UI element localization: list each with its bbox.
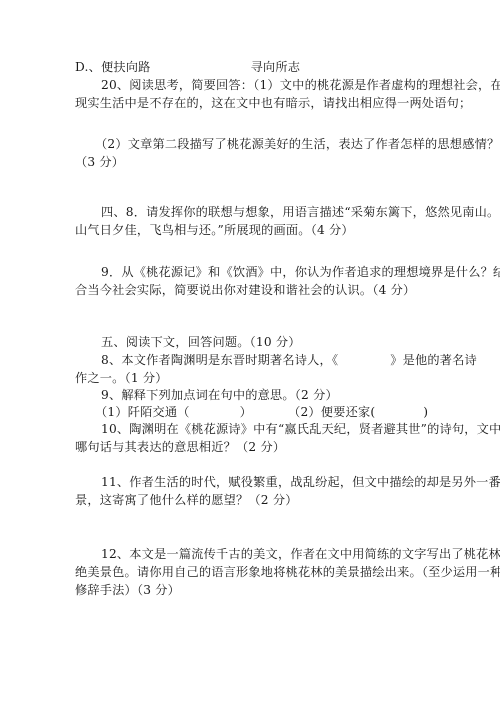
- q10-line2: 哪句话与其表达的意思相近？（2 分）: [75, 438, 285, 456]
- q9-item1: （1）阡陌交通（: [95, 405, 190, 419]
- q9-item2: （2）便要还家(: [288, 405, 375, 419]
- section5-heading: 五、阅读下文，回答问题。（10 分）: [75, 333, 301, 351]
- q4-8-line1: 四、8．请发挥你的联想与想象，用语言描述“采菊东篱下，悠然见南山。: [75, 203, 499, 221]
- q20-2-line2: （3 分）: [75, 153, 124, 171]
- q20-line2: 现实生活中是不存在的，这在文中也有暗示，请找出相应得一两处语句；: [75, 94, 471, 112]
- q9-item1-close: ）: [240, 405, 252, 419]
- q9-line: 9、解释下列加点词在句中的意思。（2 分）: [75, 386, 338, 404]
- q9a-line2: 合当今社会实际，简要说出你对建设和谐社会的认识。（4 分）: [75, 281, 415, 299]
- q20-line1: 20、阅读思考，简要回答：（1）文中的桃花源是作者虚构的理想社会，在: [75, 76, 500, 94]
- option-d-label: D.、便扶向路: [75, 60, 151, 74]
- q20-2-line1: （2）文章第二段描写了桃花源美好的生活，表达了作者怎样的思想感情？: [75, 135, 499, 153]
- q8-line2: 作之一。（1 分）: [75, 369, 168, 387]
- q9-items: （1）阡陌交通（）（2）便要还家(): [75, 403, 428, 421]
- option-d-right: 寻向所志: [251, 60, 301, 74]
- q8-line1-right: 》是他的著名诗: [390, 353, 477, 367]
- q12-line2: 绝美景色。请你用自己的语言形象地将桃花林的美景描绘出来。（至少运用一种: [75, 563, 500, 581]
- q4-8-line2: 山气日夕佳，飞鸟相与还。”所展现的画面。（4 分）: [75, 221, 354, 239]
- q9-item2-close: ): [423, 405, 428, 419]
- q10-line1: 10、陶渊明在《桃花源诗》中有“嬴氏乱天纪，贤者避其世”的诗句，文中: [75, 420, 500, 438]
- q11-line1: 11、作者生活的时代，赋役繁重，战乱纷起，但文中描绘的却是另外一番图: [75, 473, 500, 491]
- option-d-line: D.、便扶向路寻向所志: [75, 58, 300, 76]
- q8-line1-left: 8、本文作者陶渊明是东晋时期著名诗人，《: [101, 353, 338, 367]
- q12-line3: 修辞手法）（3 分）: [75, 581, 180, 599]
- q12-line1: 12、本文是一篇流传千古的美文，作者在文中用简练的文字写出了桃花林的: [75, 545, 500, 563]
- q8-line1: 8、本文作者陶渊明是东晋时期著名诗人，《》是他的著名诗: [75, 351, 477, 369]
- q11-line2: 景，这寄寓了他什么样的愿望？（2 分）: [75, 491, 298, 509]
- q9a-line1: 9．从《桃花源记》和《饮酒》中，你认为作者追求的理想境界是什么？结: [75, 263, 500, 281]
